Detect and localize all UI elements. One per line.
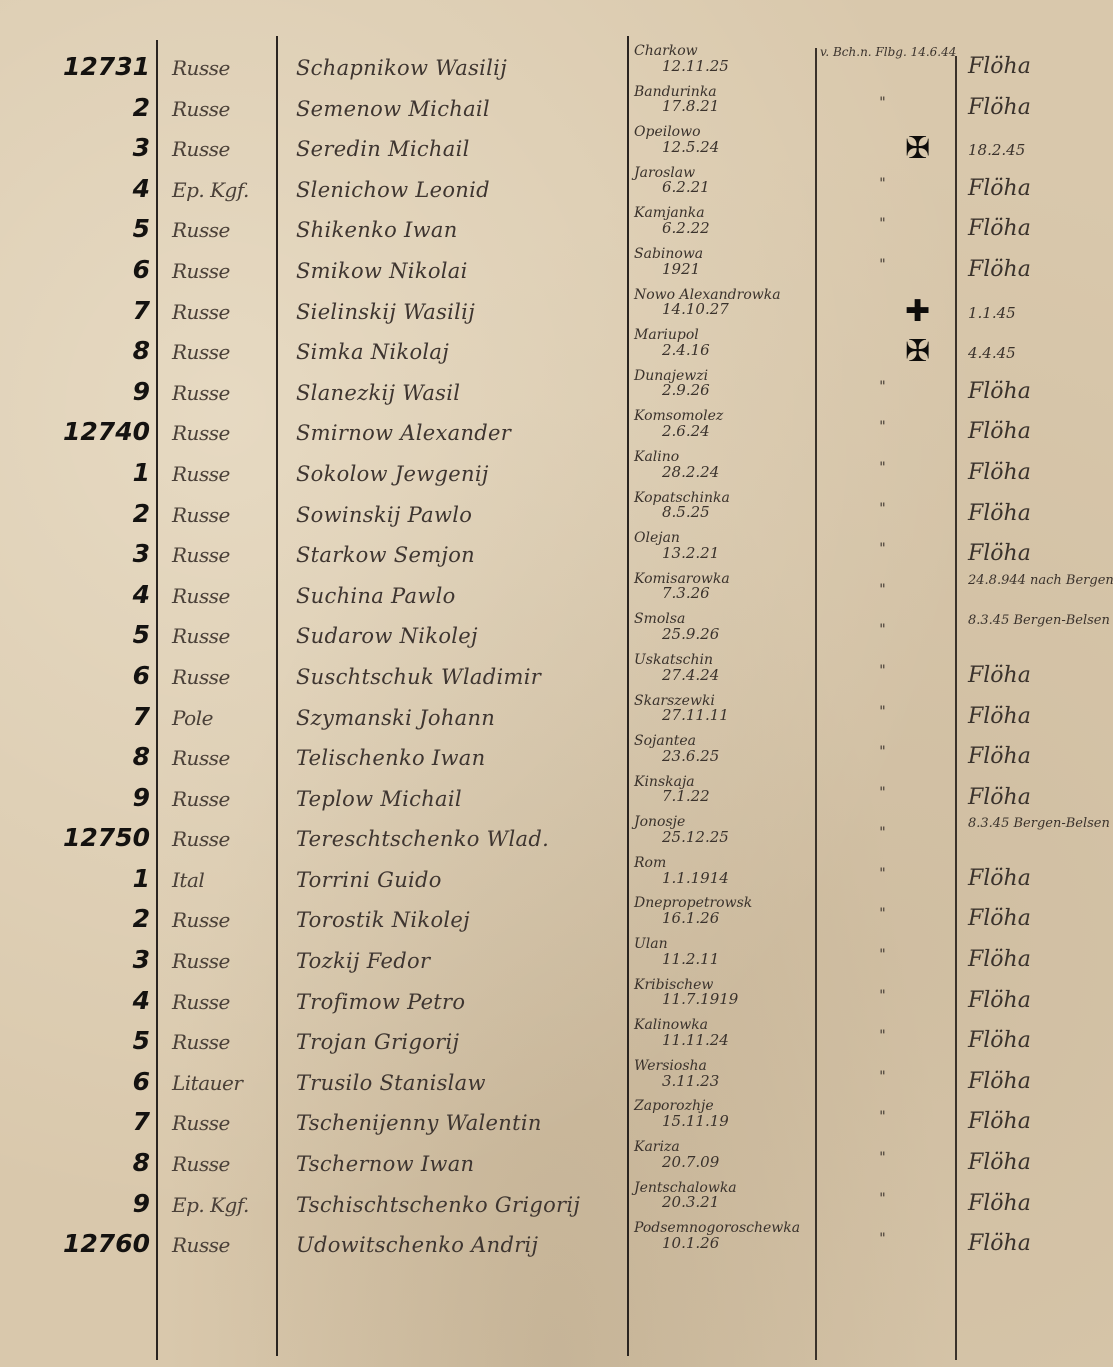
nationality: Russe [172,137,272,161]
prisoner-number: 3 [133,133,150,162]
birthdate: 11.2.11 [634,952,834,968]
prisoner-number: 1 [133,864,150,893]
prisoner-number: 1 [133,458,150,487]
arrival-note: " [820,947,945,963]
prisoner-name: Sielinskij Wasilij [296,300,626,324]
nationality: Russe [172,990,272,1014]
register-row: 5 Russe Shikenko Iwan Kamjanka 6.2.22 " … [0,210,1113,251]
prisoner-number: 12731 [63,52,150,81]
nationality: Russe [172,1233,272,1257]
status-note: Flöha [968,257,1113,282]
status-note: Flöha [968,1069,1113,1094]
prisoner-number: 5 [133,1026,150,1055]
register-row: 6 Litauer Trusilo Stanislaw Wersiosha 3.… [0,1063,1113,1104]
nationality: Russe [172,624,272,648]
nationality: Russe [172,421,272,445]
birthdate: 12.5.24 [634,140,834,156]
birthdate: 2.9.26 [634,383,834,399]
birthdate: 25.12.25 [634,830,834,846]
arrival-note: " [820,1069,945,1085]
nationality: Russe [172,584,272,608]
register-row: 2 Russe Semenow Michail Bandurinka 17.8.… [0,89,1113,130]
arrival-note: v. Bch.n. Flbg. 14.6.44 [820,46,945,60]
register-row: 4 Russe Suchina Pawlo Komisarowka 7.3.26… [0,576,1113,617]
arrival-note: " [820,1231,945,1247]
status-note: Flöha [968,1191,1113,1216]
birth-info: Dnepropetrowsk 16.1.26 [634,896,834,926]
birth-info: Podsemnogoroschewka 10.1.26 [634,1221,834,1251]
nationality: Ep. Kgf. [172,178,272,202]
birthdate: 20.7.09 [634,1155,834,1171]
birth-info: Kinskaja 7.1.22 [634,775,834,805]
arrival-note: " [820,582,945,598]
birthdate: 2.6.24 [634,424,834,440]
register-row: 12750 Russe Tereschtschenko Wlad. Jonosj… [0,819,1113,860]
prisoner-name: Smirnow Alexander [296,421,626,445]
nationality: Russe [172,949,272,973]
arrival-note: " [820,866,945,882]
arrival-note: " [820,501,945,517]
birthdate: 8.5.25 [634,505,834,521]
prisoner-number: 3 [133,539,150,568]
birth-info: Olejan 13.2.21 [634,531,834,561]
birth-info: Jaroslaw 6.2.21 [634,166,834,196]
prisoner-number: 9 [133,377,150,406]
birth-info: Kariza 20.7.09 [634,1140,834,1170]
nationality: Ital [172,868,272,892]
birthdate: 7.3.26 [634,586,834,602]
register-row: 2 Russe Torostik Nikolej Dnepropetrowsk … [0,900,1113,941]
register-row: 12760 Russe Udowitschenko Andrij Podsemn… [0,1225,1113,1266]
status-note: Flöha [968,704,1113,729]
register-row: 12740 Russe Smirnow Alexander Komsomolez… [0,413,1113,454]
status-note: 8.3.45 Bergen-Belsen [968,817,1113,831]
birthdate: 27.11.11 [634,708,834,724]
prisoner-name: Szymanski Johann [296,706,626,730]
prisoner-number: 5 [133,214,150,243]
prisoner-name: Trojan Grigorij [296,1030,626,1054]
prisoner-number: 8 [133,742,150,771]
arrival-note: " [820,257,945,273]
prisoner-name: Tschenijenny Walentin [296,1111,626,1135]
register-row: 3 Russe Starkow Semjon Olejan 13.2.21 " … [0,535,1113,576]
prisoner-name: Tozkij Fedor [296,949,626,973]
register-row: 7 Pole Szymanski Johann Skarszewki 27.11… [0,698,1113,739]
register-page: 12731 Russe Schapnikow Wasilij Charkow 1… [0,0,1113,1367]
status-note: Flöha [968,95,1113,120]
prisoner-number: 4 [133,174,150,203]
birthdate: 2.4.16 [634,343,834,359]
register-row: 3 Russe Seredin Michail Opeilowo 12.5.24… [0,129,1113,170]
arrival-note: " [820,704,945,720]
prisoner-number: 12740 [63,417,150,446]
prisoner-name: Smikow Nikolai [296,259,626,283]
status-note: Flöha [968,541,1113,566]
nationality: Litauer [172,1071,272,1095]
register-rows: 12731 Russe Schapnikow Wasilij Charkow 1… [0,48,1113,1266]
birthdate: 10.1.26 [634,1236,834,1252]
status-note: Flöha [968,216,1113,241]
birth-info: Skarszewki 27.11.11 [634,694,834,724]
arrival-note: " [820,1109,945,1125]
birth-info: Komisarowka 7.3.26 [634,572,834,602]
register-row: 8 Russe Telischenko Iwan Sojantea 23.6.2… [0,738,1113,779]
birth-info: Uskatschin 27.4.24 [634,653,834,683]
birthdate: 11.7.1919 [634,992,834,1008]
nationality: Russe [172,543,272,567]
prisoner-number: 2 [133,904,150,933]
nationality: Russe [172,787,272,811]
prisoner-number: 7 [133,702,150,731]
prisoner-name: Torostik Nikolej [296,908,626,932]
birth-info: Zaporozhje 15.11.19 [634,1099,834,1129]
nationality: Pole [172,706,272,730]
arrival-note: " [820,1028,945,1044]
register-row: 9 Russe Teplow Michail Kinskaja 7.1.22 "… [0,779,1113,820]
prisoner-name: Teplow Michail [296,787,626,811]
birth-info: Bandurinka 17.8.21 [634,85,834,115]
arrival-note: " [820,541,945,557]
status-note: Flöha [968,866,1113,891]
prisoner-name: Telischenko Iwan [296,746,626,770]
register-row: 5 Russe Sudarow Nikolej Smolsa 25.9.26 "… [0,616,1113,657]
birthdate: 1921 [634,262,834,278]
death-cross-icon: ✚ [905,294,930,329]
arrival-note: " [820,216,945,232]
status-note: Flöha [968,176,1113,201]
register-row: 7 Russe Sielinskij Wasilij Nowo Alexandr… [0,292,1113,333]
prisoner-name: Udowitschenko Andrij [296,1233,626,1257]
prisoner-number: 7 [133,296,150,325]
register-row: 9 Ep. Kgf. Tschischtschenko Grigorij Jen… [0,1185,1113,1226]
birth-info: Wersiosha 3.11.23 [634,1059,834,1089]
prisoner-name: Slenichow Leonid [296,178,626,202]
arrival-note: " [820,95,945,111]
prisoner-name: Trusilo Stanislaw [296,1071,626,1095]
prisoner-name: Slanezkij Wasil [296,381,626,405]
prisoner-name: Suchina Pawlo [296,584,626,608]
prisoner-name: Sokolow Jewgenij [296,462,626,486]
prisoner-number: 6 [133,1067,150,1096]
nationality: Russe [172,503,272,527]
prisoner-name: Torrini Guido [296,868,626,892]
status-note: Flöha [968,501,1113,526]
prisoner-name: Starkow Semjon [296,543,626,567]
register-row: 9 Russe Slanezkij Wasil Dunajewzi 2.9.26… [0,373,1113,414]
nationality: Russe [172,300,272,324]
nationality: Russe [172,1030,272,1054]
status-note: Flöha [968,947,1113,972]
prisoner-name: Trofimow Petro [296,990,626,1014]
status-note: 18.2.45 [968,141,1113,159]
nationality: Russe [172,827,272,851]
birth-info: Opeilowo 12.5.24 [634,125,834,155]
death-cross-icon: ✠ [905,334,930,369]
nationality: Russe [172,1111,272,1135]
register-row: 8 Russe Tschernow Iwan Kariza 20.7.09 " … [0,1144,1113,1185]
birthdate: 28.2.24 [634,465,834,481]
register-row: 2 Russe Sowinskij Pawlo Kopatschinka 8.5… [0,495,1113,536]
arrival-note: " [820,906,945,922]
birthdate: 15.11.19 [634,1114,834,1130]
nationality: Russe [172,340,272,364]
prisoner-name: Tereschtschenko Wlad. [296,827,626,851]
register-row: 4 Russe Trofimow Petro Kribischew 11.7.1… [0,982,1113,1023]
nationality: Russe [172,97,272,121]
birth-info: Jentschalowka 20.3.21 [634,1181,834,1211]
register-row: 4 Ep. Kgf. Slenichow Leonid Jaroslaw 6.2… [0,170,1113,211]
register-row: 6 Russe Smikow Nikolai Sabinowa 1921 " F… [0,251,1113,292]
birthdate: 20.3.21 [634,1195,834,1211]
birthdate: 3.11.23 [634,1074,834,1090]
register-row: 6 Russe Suschtschuk Wladimir Uskatschin … [0,657,1113,698]
birthdate: 14.10.27 [634,302,834,318]
register-row: 12731 Russe Schapnikow Wasilij Charkow 1… [0,48,1113,89]
status-note: Flöha [968,460,1113,485]
arrival-note: " [820,785,945,801]
arrival-note: " [820,460,945,476]
death-cross-icon: ✠ [905,131,930,166]
birth-info: Dunajewzi 2.9.26 [634,369,834,399]
register-row: 8 Russe Simka Nikolaj Mariupol 2.4.16 ✠ … [0,332,1113,373]
prisoner-number: 9 [133,1189,150,1218]
birthdate: 6.2.21 [634,180,834,196]
status-note: Flöha [968,785,1113,810]
prisoner-name: Simka Nikolaj [296,340,626,364]
birthdate: 12.11.25 [634,59,834,75]
nationality: Ep. Kgf. [172,1193,272,1217]
birthdate: 13.2.21 [634,546,834,562]
arrival-note: " [820,825,945,841]
prisoner-number: 5 [133,620,150,649]
arrival-note: " [820,379,945,395]
prisoner-number: 6 [133,255,150,284]
prisoner-name: Schapnikow Wasilij [296,56,626,80]
birth-info: Kribischew 11.7.1919 [634,978,834,1008]
status-note: Flöha [968,1109,1113,1134]
birth-info: Kalino 28.2.24 [634,450,834,480]
prisoner-name: Suschtschuk Wladimir [296,665,626,689]
register-row: 1 Russe Sokolow Jewgenij Kalino 28.2.24 … [0,454,1113,495]
prisoner-name: Tschischtschenko Grigorij [296,1193,626,1217]
status-note: Flöha [968,1150,1113,1175]
birthdate: 23.6.25 [634,749,834,765]
status-note: Flöha [968,663,1113,688]
prisoner-name: Tschernow Iwan [296,1152,626,1176]
status-note: Flöha [968,988,1113,1013]
birthdate: 11.11.24 [634,1033,834,1049]
arrival-note: " [820,622,945,638]
prisoner-number: 2 [133,499,150,528]
nationality: Russe [172,746,272,770]
prisoner-name: Shikenko Iwan [296,218,626,242]
nationality: Russe [172,1152,272,1176]
status-note: 8.3.45 Bergen-Belsen [968,614,1113,628]
register-row: 3 Russe Tozkij Fedor Ulan 11.2.11 " Flöh… [0,941,1113,982]
register-row: 5 Russe Trojan Grigorij Kalinowka 11.11.… [0,1022,1113,1063]
birth-info: Charkow 12.11.25 [634,44,834,74]
status-note: Flöha [968,906,1113,931]
birthdate: 6.2.22 [634,221,834,237]
birth-info: Rom 1.1.1914 [634,856,834,886]
birth-info: Smolsa 25.9.26 [634,612,834,642]
arrival-note: " [820,988,945,1004]
prisoner-number: 2 [133,93,150,122]
status-note: 4.4.45 [968,344,1113,362]
birth-info: Mariupol 2.4.16 [634,328,834,358]
nationality: Russe [172,218,272,242]
status-note: 1.1.45 [968,304,1113,322]
arrival-note: " [820,1150,945,1166]
prisoner-name: Semenow Michail [296,97,626,121]
status-note: Flöha [968,744,1113,769]
birthdate: 16.1.26 [634,911,834,927]
birth-info: Kalinowka 11.11.24 [634,1018,834,1048]
nationality: Russe [172,462,272,486]
birth-info: Sojantea 23.6.25 [634,734,834,764]
prisoner-name: Seredin Michail [296,137,626,161]
prisoner-number: 8 [133,336,150,365]
nationality: Russe [172,908,272,932]
nationality: Russe [172,259,272,283]
prisoner-number: 12750 [63,823,150,852]
birthdate: 1.1.1914 [634,871,834,887]
prisoner-number: 6 [133,661,150,690]
arrival-note: " [820,176,945,192]
register-row: 7 Russe Tschenijenny Walentin Zaporozhje… [0,1103,1113,1144]
arrival-note: " [820,744,945,760]
birthdate: 17.8.21 [634,99,834,115]
nationality: Russe [172,381,272,405]
register-row: 1 Ital Torrini Guido Rom 1.1.1914 " Flöh… [0,860,1113,901]
arrival-note: " [820,663,945,679]
status-note: 24.8.944 nach Bergen [968,574,1113,588]
prisoner-number: 4 [133,986,150,1015]
prisoner-number: 7 [133,1107,150,1136]
birthdate: 27.4.24 [634,668,834,684]
arrival-note: " [820,419,945,435]
birth-info: Kopatschinka 8.5.25 [634,491,834,521]
status-note: Flöha [968,1028,1113,1053]
status-note: Flöha [968,1231,1113,1256]
prisoner-number: 3 [133,945,150,974]
status-note: Flöha [968,54,1113,79]
birth-info: Jonosje 25.12.25 [634,815,834,845]
birthdate: 7.1.22 [634,789,834,805]
status-note: Flöha [968,379,1113,404]
birth-info: Sabinowa 1921 [634,247,834,277]
birthdate: 25.9.26 [634,627,834,643]
birth-info: Ulan 11.2.11 [634,937,834,967]
nationality: Russe [172,56,272,80]
arrival-note: " [820,1191,945,1207]
prisoner-name: Sowinskij Pawlo [296,503,626,527]
birth-info: Komsomolez 2.6.24 [634,409,834,439]
birth-info: Kamjanka 6.2.22 [634,206,834,236]
birth-info: Nowo Alexandrowka 14.10.27 [634,288,834,318]
prisoner-number: 12760 [63,1229,150,1258]
prisoner-name: Sudarow Nikolej [296,624,626,648]
prisoner-number: 4 [133,580,150,609]
status-note: Flöha [968,419,1113,444]
prisoner-number: 9 [133,783,150,812]
prisoner-number: 8 [133,1148,150,1177]
nationality: Russe [172,665,272,689]
